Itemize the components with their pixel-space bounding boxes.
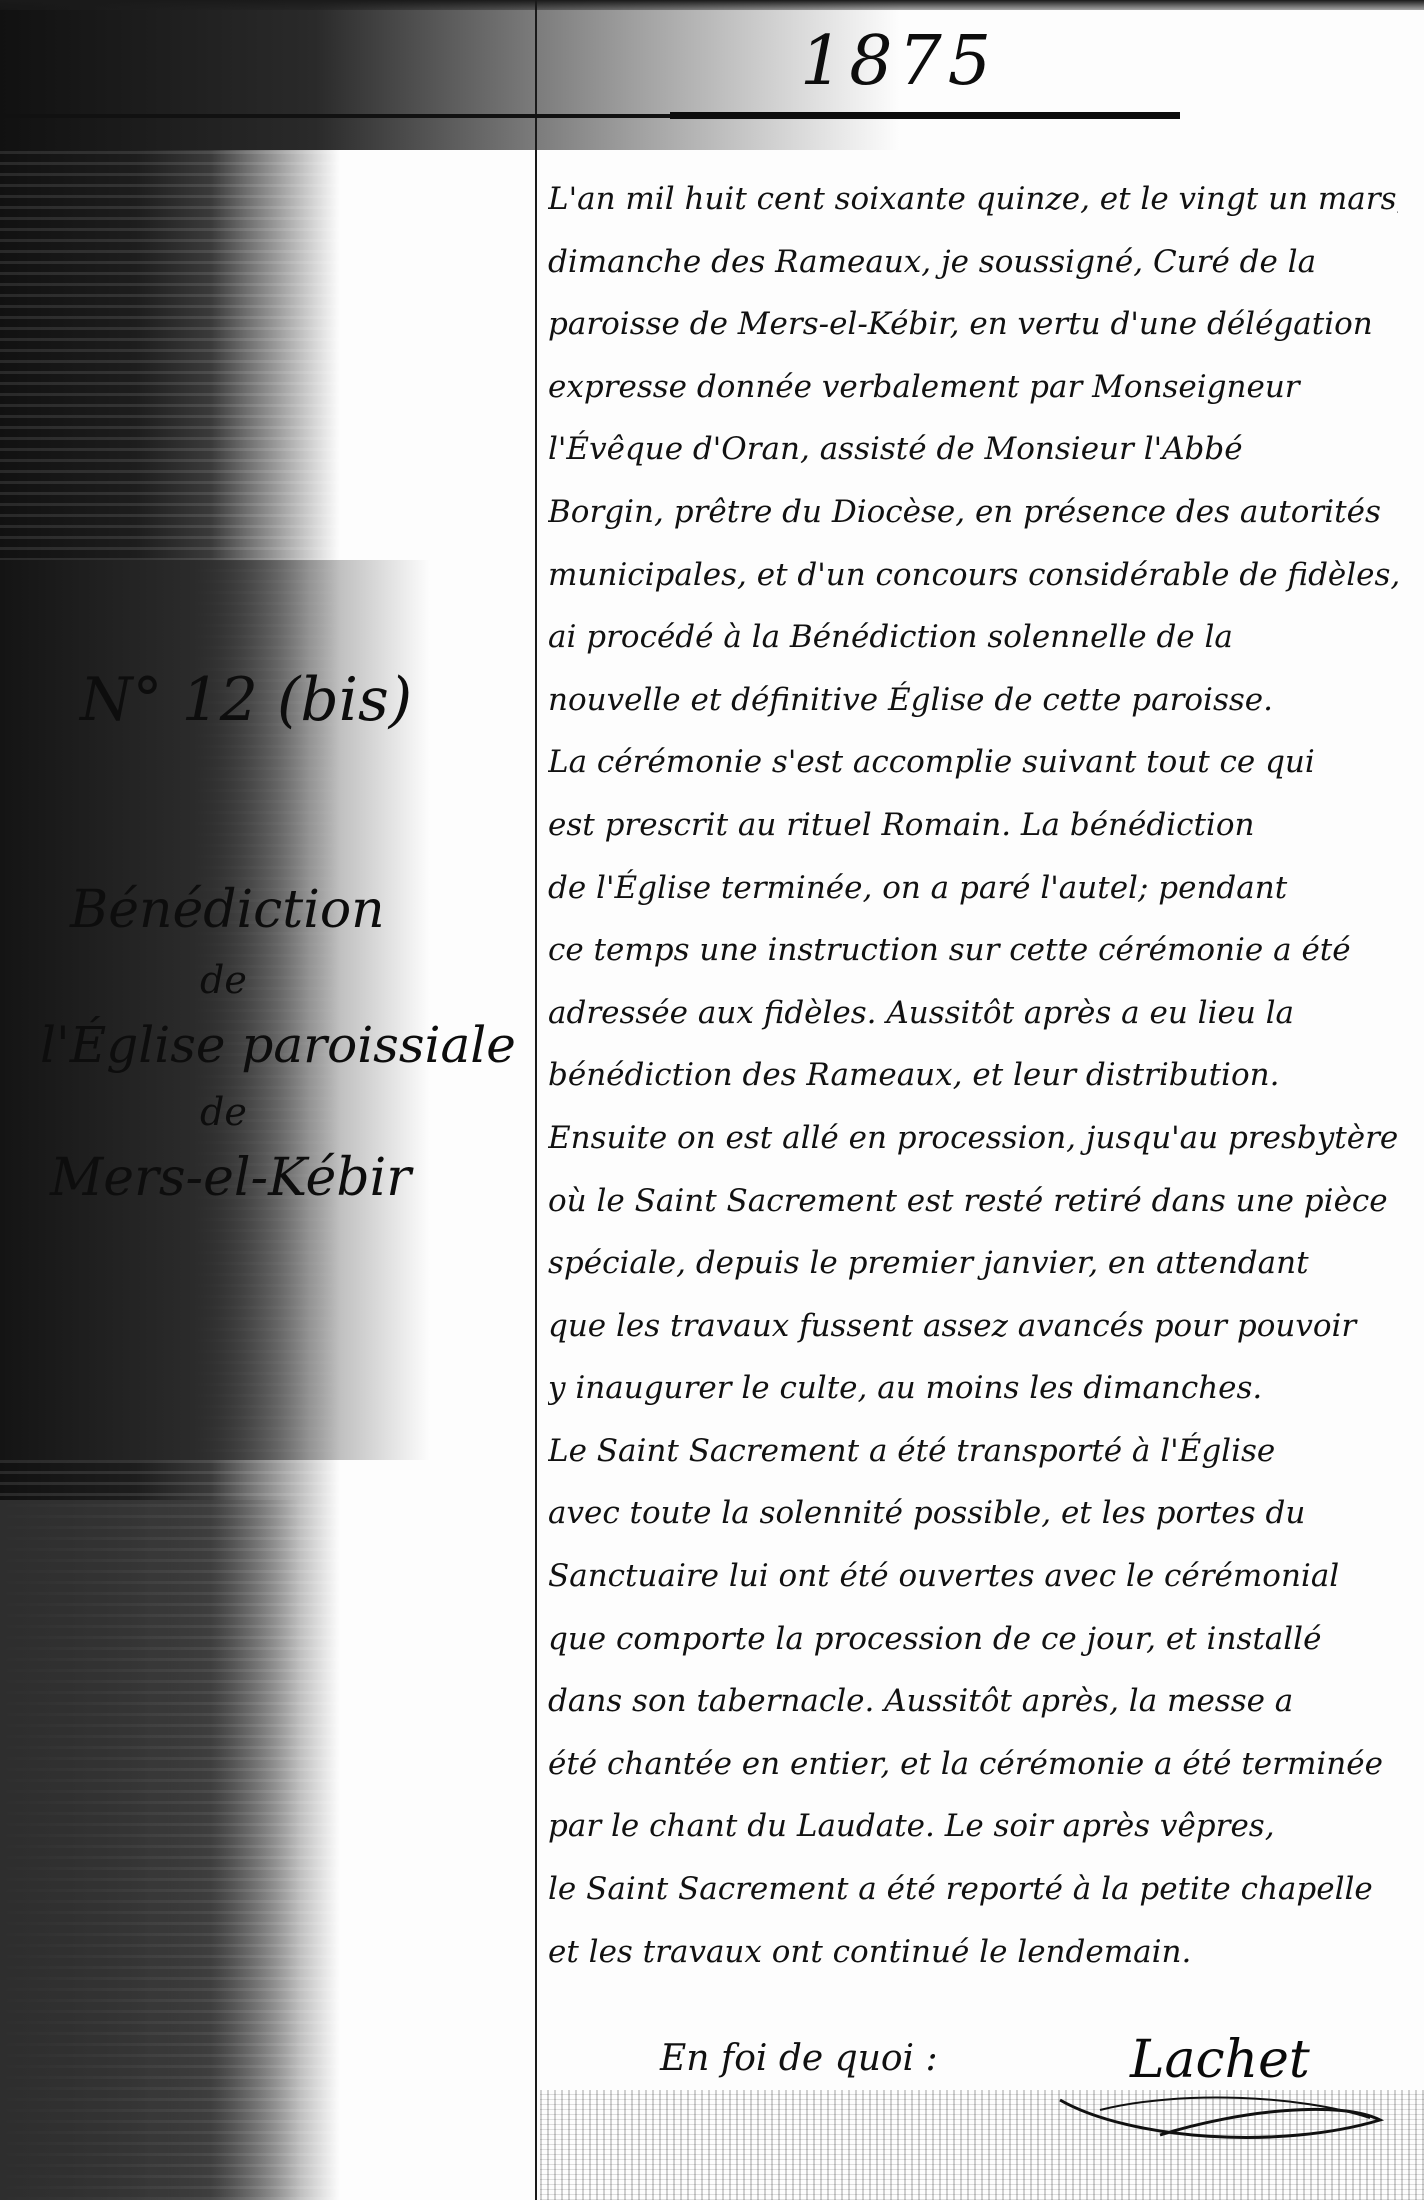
text-line: avec toute la solennité possible, et les… — [548, 1482, 1398, 1545]
text-line: La cérémonie s'est accomplie suivant tou… — [548, 731, 1398, 794]
text-line: où le Saint Sacrement est resté retiré d… — [548, 1170, 1398, 1233]
signature-flourish-icon — [1040, 2080, 1400, 2150]
text-line: y inaugurer le culte, au moins les diman… — [548, 1357, 1398, 1420]
margin-entry-title: Bénédiction de l'Église paroissiale de M… — [60, 880, 480, 1208]
page-top-edge — [0, 0, 1424, 10]
text-line: le Saint Sacrement a été reporté à la pe… — [548, 1858, 1398, 1921]
text-line: que comporte la procession de ce jour, e… — [548, 1608, 1398, 1671]
photocopy-shadow-lower — [0, 1500, 300, 2200]
text-line: expresse donnée verbalement par Monseign… — [548, 356, 1398, 419]
text-line: dans son tabernacle. Aussitôt après, la … — [548, 1670, 1398, 1733]
text-line: l'Évêque d'Oran, assisté de Monsieur l'A… — [548, 418, 1398, 481]
text-line: adressée aux fidèles. Aussitôt après a e… — [548, 982, 1398, 1045]
text-line: Borgin, prêtre du Diocèse, en présence d… — [548, 481, 1398, 544]
margin-title-line: de — [200, 1090, 480, 1148]
text-line: ce temps une instruction sur cette cérém… — [548, 919, 1398, 982]
photocopy-shadow-top — [0, 0, 900, 150]
text-line: par le chant du Laudate. Le soir après v… — [548, 1795, 1398, 1858]
text-line: que les travaux fussent assez avancés po… — [548, 1295, 1398, 1358]
margin-rule-line — [535, 0, 537, 2200]
margin-title-line: de — [200, 958, 480, 1016]
text-line: spéciale, depuis le premier janvier, en … — [548, 1232, 1398, 1295]
text-line: Le Saint Sacrement a été transporté à l'… — [548, 1420, 1398, 1483]
closing-formula: En foi de quoi : — [660, 2038, 938, 2079]
text-line: dimanche des Rameaux, je soussigné, Curé… — [548, 231, 1398, 294]
text-line: L'an mil huit cent soixante quinze, et l… — [548, 168, 1398, 231]
text-line: été chantée en entier, et la cérémonie a… — [548, 1733, 1398, 1796]
text-line: municipales, et d'un concours considérab… — [548, 544, 1398, 607]
text-line: Ensuite on est allé en procession, jusqu… — [548, 1107, 1398, 1170]
text-line: paroisse de Mers-el-Kébir, en vertu d'un… — [548, 293, 1398, 356]
text-line: nouvelle et définitive Église de cette p… — [548, 669, 1398, 732]
year-underline — [670, 112, 1180, 119]
text-line: de l'Église terminée, on a paré l'autel;… — [548, 857, 1398, 920]
text-line: ai procédé à la Bénédiction solennelle d… — [548, 606, 1398, 669]
text-line: et les travaux ont continué le lendemain… — [548, 1921, 1398, 1984]
entry-number: N° 12 (bis) — [80, 665, 412, 735]
text-line: est prescrit au rituel Romain. La bénédi… — [548, 794, 1398, 857]
text-line: bénédiction des Rameaux, et leur distrib… — [548, 1044, 1398, 1107]
register-year: 1875 — [800, 22, 997, 101]
margin-title-line: Mers-el-Kébir — [50, 1148, 480, 1208]
margin-title-line: Bénédiction — [70, 880, 480, 958]
text-line: Sanctuaire lui ont été ouvertes avec le … — [548, 1545, 1398, 1608]
handwritten-record-body: L'an mil huit cent soixante quinze, et l… — [548, 168, 1398, 1983]
margin-title-line: l'Église paroissiale — [40, 1016, 480, 1090]
